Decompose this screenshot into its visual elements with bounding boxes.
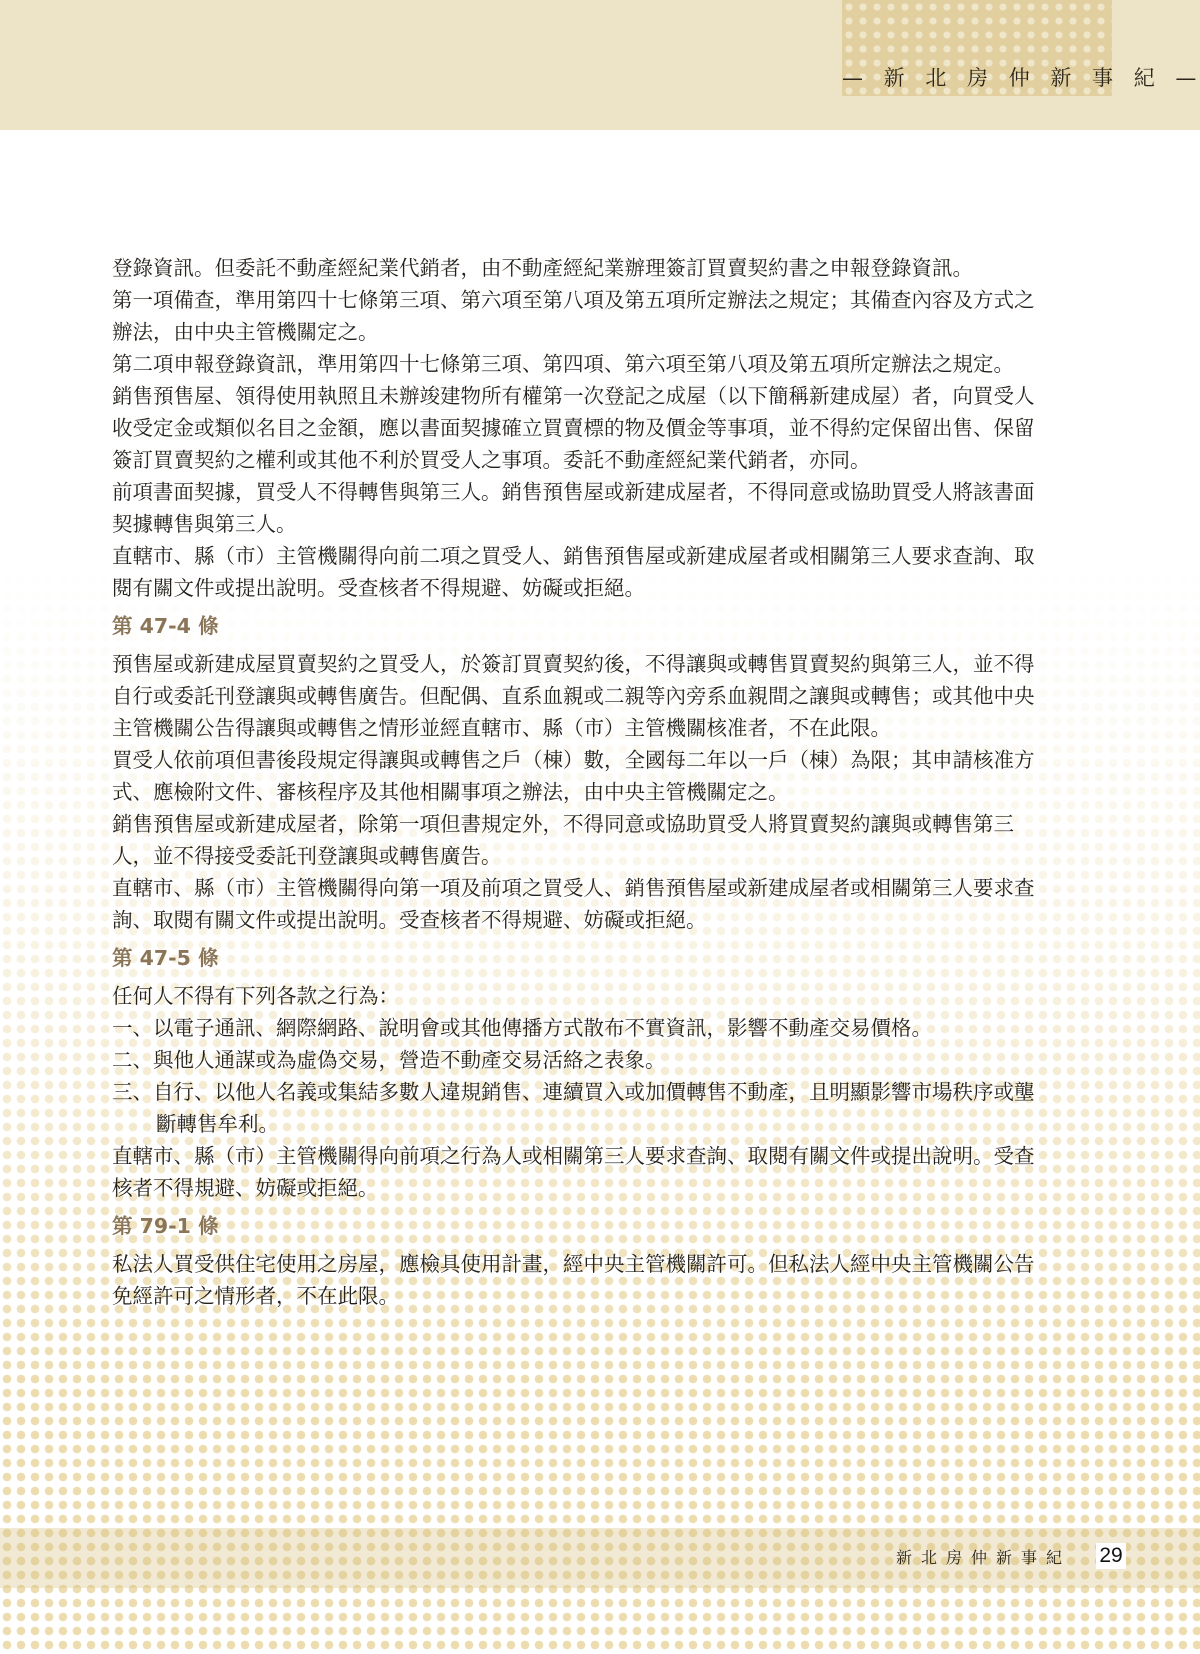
paragraph: 第一項備查，準用第四十七條第三項、第六項至第八項及第五項所定辦法之規定；其備查內… xyxy=(112,284,1052,348)
paragraph: 第二項申報登錄資訊，準用第四十七條第三項、第四項、第六項至第八項及第五項所定辦法… xyxy=(112,348,1052,380)
paragraph: 直轄市、縣（市）主管機關得向前二項之買受人、銷售預售屋或新建成屋者或相關第三人要… xyxy=(112,540,1052,604)
article-heading-47-5: 第 47-5 條 xyxy=(112,942,1052,974)
paragraph-intro: 任何人不得有下列各款之行為： xyxy=(112,980,1052,1012)
paragraph: 買受人依前項但書後段規定得讓與或轉售之戶（棟）數，全國每二年以一戶（棟）為限；其… xyxy=(112,744,1052,808)
paragraph: 直轄市、縣（市）主管機關得向前項之行為人或相關第三人要求查詢、取閱有關文件或提出… xyxy=(112,1140,1052,1204)
paragraph: 銷售預售屋、領得使用執照且未辦竣建物所有權第一次登記之成屋（以下簡稱新建成屋）者… xyxy=(112,380,1052,476)
paragraph: 前項書面契據，買受人不得轉售與第三人。銷售預售屋或新建成屋者，不得同意或協助買受… xyxy=(112,476,1052,540)
page-number: 29 xyxy=(1096,1543,1126,1569)
article-body: 登錄資訊。但委託不動產經紀業代銷者，由不動產經紀業辦理簽訂買賣契約書之申報登錄資… xyxy=(112,252,1052,1312)
paragraph: 私法人買受供住宅使用之房屋，應檢具使用計畫，經中央主管機關許可。但私法人經中央主… xyxy=(112,1248,1052,1312)
article-heading-47-4: 第 47-4 條 xyxy=(112,610,1052,642)
magazine-title-footer: 新北房仲新事紀 xyxy=(896,1545,1071,1568)
paragraph: 直轄市、縣（市）主管機關得向第一項及前項之買受人、銷售預售屋或新建成屋者或相關第… xyxy=(112,872,1052,936)
list-item: 二、與他人通謀或為虛偽交易，營造不動產交易活絡之表象。 xyxy=(112,1044,1052,1076)
magazine-title-header: — 新 北 房 仲 新 事 紀 — xyxy=(842,62,1112,92)
paragraph: 預售屋或新建成屋買賣契約之買受人，於簽訂買賣契約後，不得讓與或轉售買賣契約與第三… xyxy=(112,648,1052,744)
paragraph: 登錄資訊。但委託不動產經紀業代銷者，由不動產經紀業辦理簽訂買賣契約書之申報登錄資… xyxy=(112,252,1052,284)
list-item: 三、自行、以他人名義或集結多數人違規銷售、連續買入或加價轉售不動產，且明顯影響市… xyxy=(112,1076,1052,1140)
list-item: 一、以電子通訊、網際網路、說明會或其他傳播方式散布不實資訊，影響不動產交易價格。 xyxy=(112,1012,1052,1044)
paragraph: 銷售預售屋或新建成屋者，除第一項但書規定外，不得同意或協助買受人將買賣契約讓與或… xyxy=(112,808,1052,872)
article-heading-79-1: 第 79-1 條 xyxy=(112,1210,1052,1242)
